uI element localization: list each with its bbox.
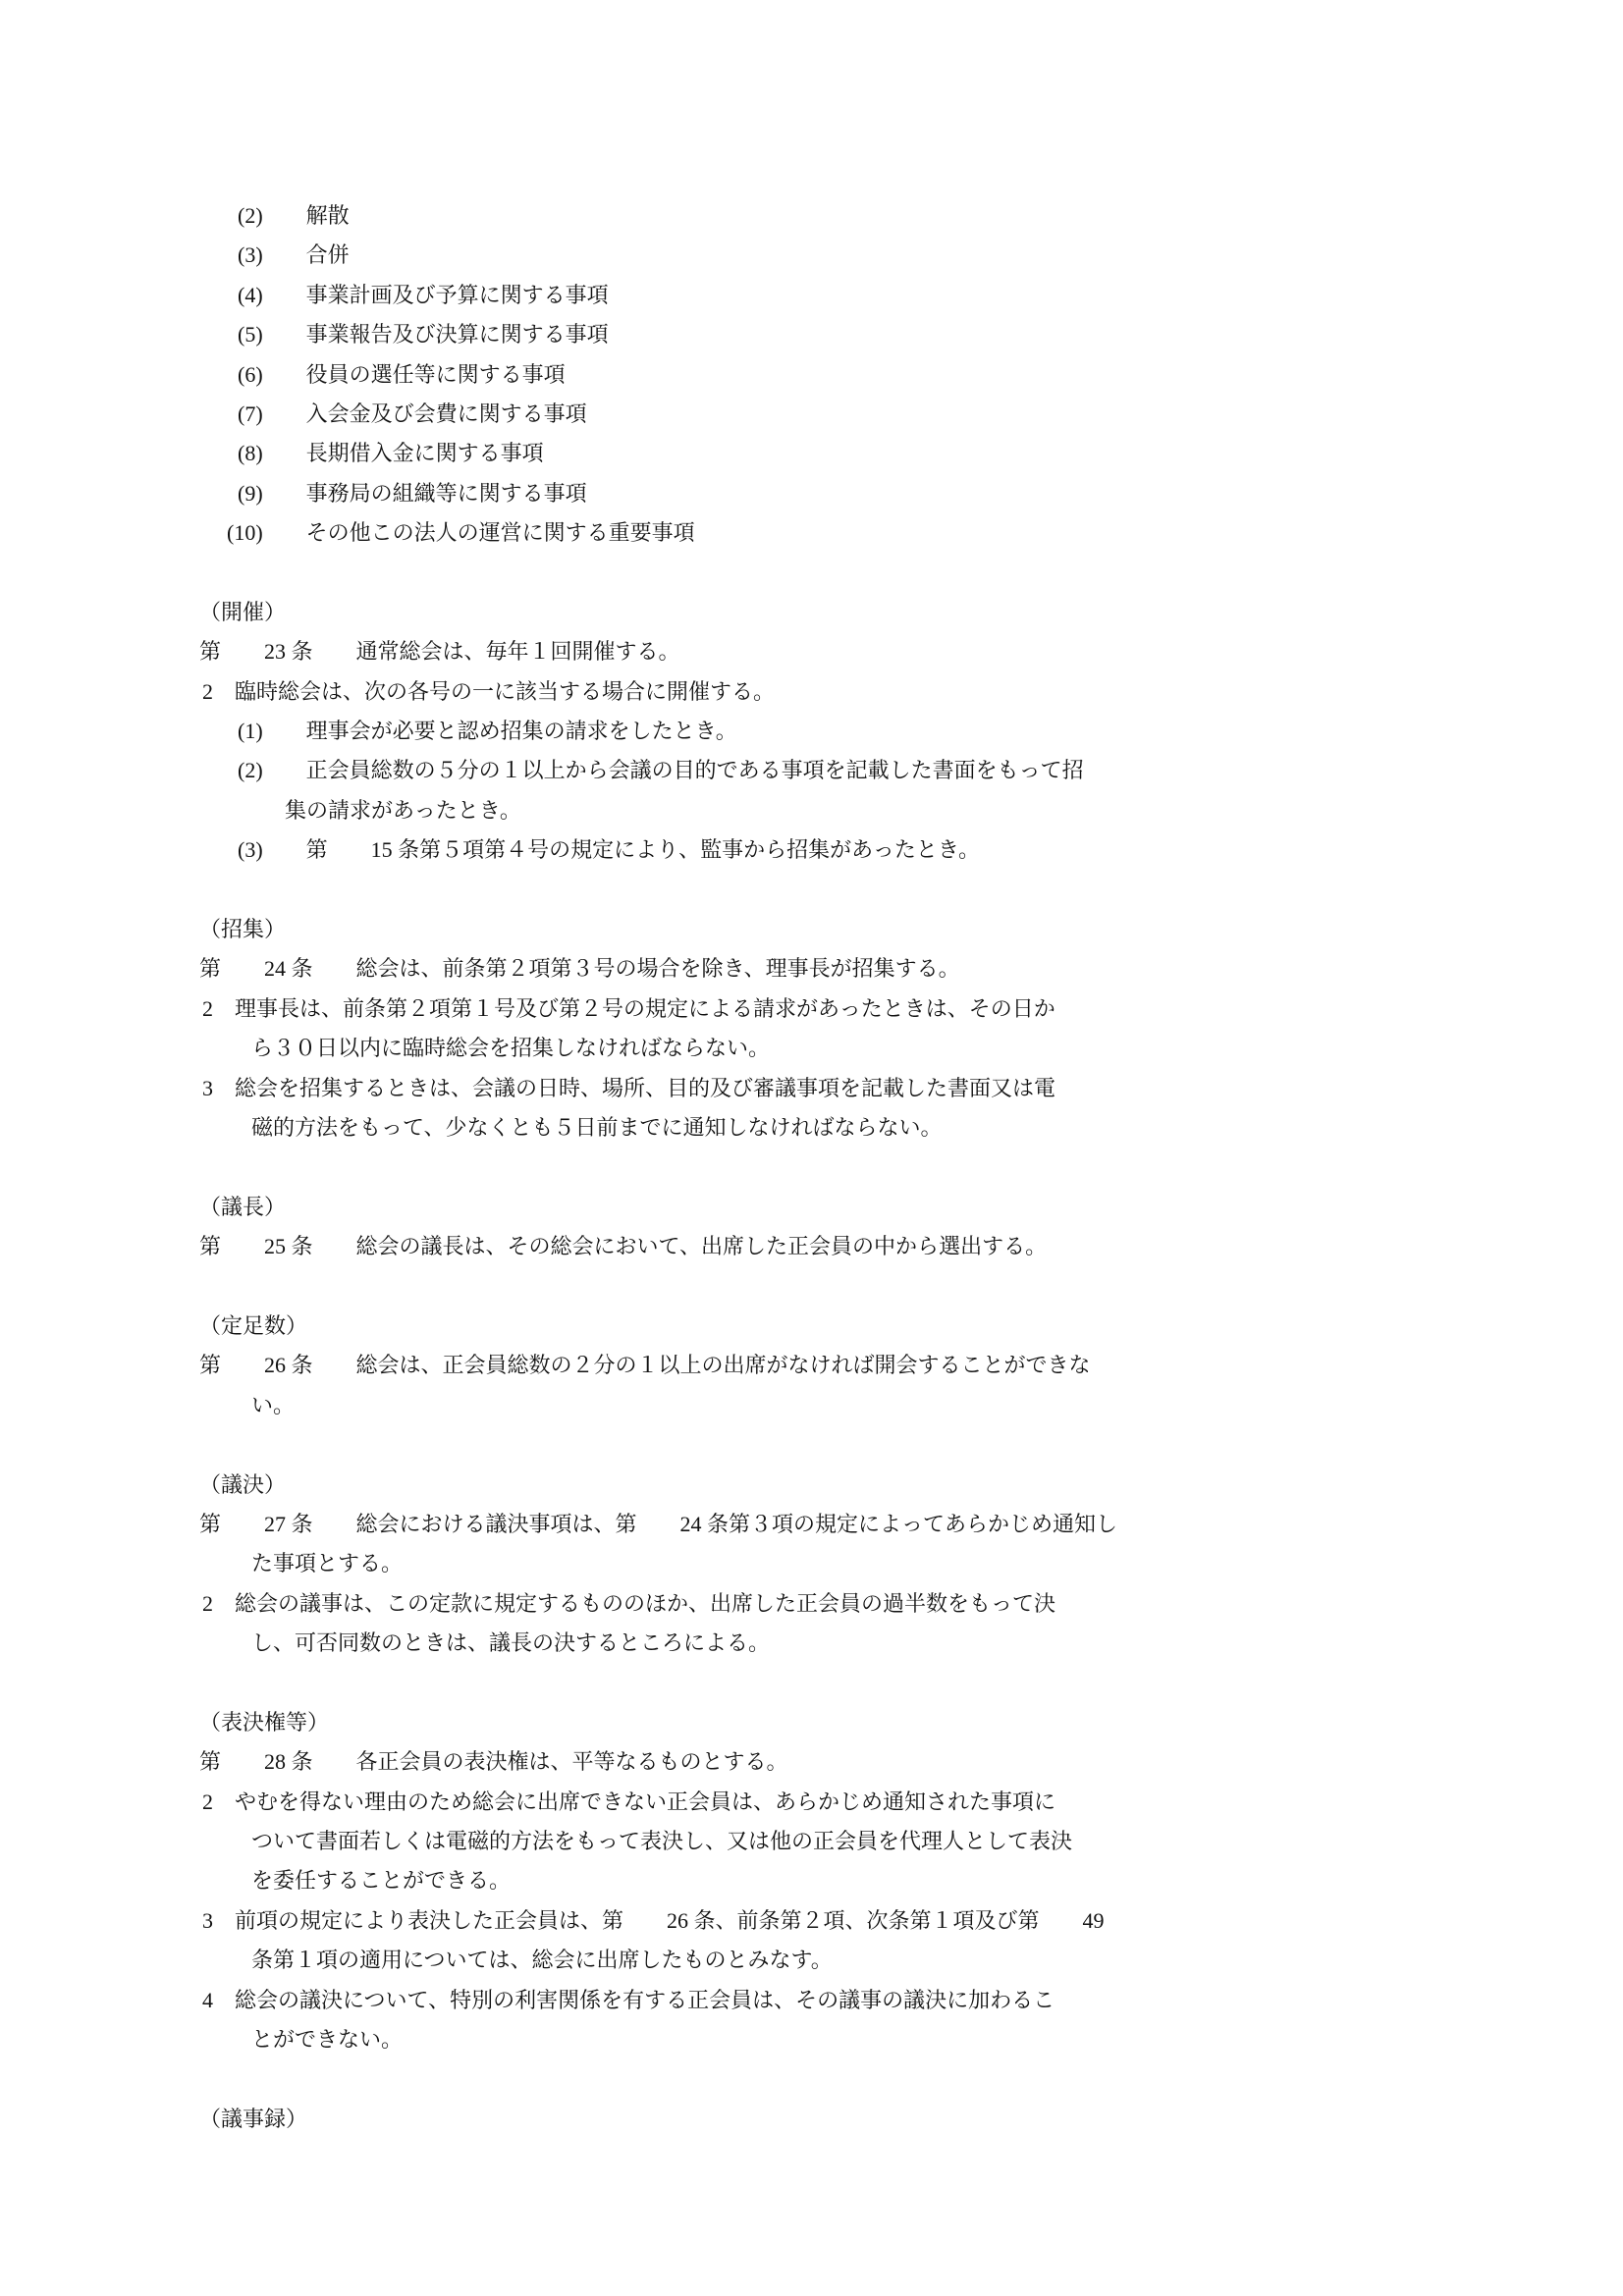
text-line: (1) 理事会が必要と認め招集の請求をしたとき。: [0, 712, 1623, 751]
text-line: (6) 役員の選任等に関する事項: [0, 355, 1623, 395]
text-line: （表決権等）: [0, 1703, 1623, 1742]
text-line: た事項とする。: [0, 1544, 1623, 1583]
text-line: 2 臨時総会は、次の各号の一に該当する場合に開催する。: [0, 672, 1623, 712]
text-line: (9) 事務局の組織等に関する事項: [0, 474, 1623, 513]
text-line: 4 総会の議決について、特別の利害関係を有する正会員は、その議事の議決に加わるこ: [0, 1981, 1623, 2020]
text-line: 第 26 条 総会は、正会員総数の２分の１以上の出席がなければ開会することができ…: [0, 1346, 1623, 1385]
text-line: (2) 正会員総数の５分の１以上から会議の目的である事項を記載した書面をもって招: [0, 751, 1623, 790]
text-line: （議長）: [0, 1188, 1623, 1227]
text-line: (8) 長期借入金に関する事項: [0, 434, 1623, 473]
text-line: (3) 第 15 条第５項第４号の規定により、監事から招集があったとき。: [0, 830, 1623, 870]
text-line: 3 総会を招集するときは、会議の日時、場所、目的及び審議事項を記載した書面又は電: [0, 1069, 1623, 1108]
document-page: (2) 解散(3) 合併(4) 事業計画及び予算に関する事項(5) 事業報告及び…: [0, 0, 1623, 2296]
blank-line: [0, 1663, 1623, 1702]
text-line: し、可否同数のときは、議長の決するところによる。: [0, 1624, 1623, 1663]
blank-line: [0, 2059, 1623, 2099]
text-line: （開催）: [0, 593, 1623, 632]
text-line: とができない。: [0, 2020, 1623, 2059]
text-line: 第 24 条 総会は、前条第２項第３号の場合を除き、理事長が招集する。: [0, 949, 1623, 988]
text-line: （議事録）: [0, 2100, 1623, 2139]
text-line: (5) 事業報告及び決算に関する事項: [0, 315, 1623, 354]
blank-line: [0, 1148, 1623, 1187]
text-line: 2 理事長は、前条第２項第１号及び第２号の規定による請求があったときは、その日か: [0, 989, 1623, 1029]
blank-line: [0, 554, 1623, 593]
text-line: 集の請求があったとき。: [0, 791, 1623, 830]
text-line: 第 25 条 総会の議長は、その総会において、出席した正会員の中から選出する。: [0, 1227, 1623, 1266]
text-line: い。: [0, 1386, 1623, 1425]
text-line: （定足数）: [0, 1307, 1623, 1346]
text-line: （議決）: [0, 1466, 1623, 1505]
text-line: 第 23 条 通常総会は、毎年１回開催する。: [0, 632, 1623, 671]
text-line: （招集）: [0, 910, 1623, 949]
text-line: 2 やむを得ない理由のため総会に出席できない正会員は、あらかじめ通知された事項に: [0, 1783, 1623, 1822]
text-line: (2) 解散: [0, 196, 1623, 236]
blank-line: [0, 1425, 1623, 1465]
document-body: (2) 解散(3) 合併(4) 事業計画及び予算に関する事項(5) 事業報告及び…: [0, 196, 1623, 2139]
text-line: 第 28 条 各正会員の表決権は、平等なるものとする。: [0, 1742, 1623, 1782]
text-line: (10) その他この法人の運営に関する重要事項: [0, 513, 1623, 553]
text-line: ついて書面若しくは電磁的方法をもって表決し、又は他の正会員を代理人として表決: [0, 1822, 1623, 1861]
text-line: 3 前項の規定により表決した正会員は、第 26 条、前条第２項、次条第１項及び第…: [0, 1901, 1623, 1941]
text-line: ら３０日以内に臨時総会を招集しなければならない。: [0, 1029, 1623, 1068]
blank-line: [0, 871, 1623, 910]
text-line: (7) 入会金及び会費に関する事項: [0, 395, 1623, 434]
text-line: 条第１項の適用については、総会に出席したものとみなす。: [0, 1941, 1623, 1980]
blank-line: [0, 1267, 1623, 1307]
text-line: 2 総会の議事は、この定款に規定するもののほか、出席した正会員の過半数をもって決: [0, 1584, 1623, 1624]
text-line: 磁的方法をもって、少なくとも５日前までに通知しなければならない。: [0, 1108, 1623, 1148]
text-line: (3) 合併: [0, 236, 1623, 275]
text-line: 第 27 条 総会における議決事項は、第 24 条第３項の規定によってあらかじめ…: [0, 1505, 1623, 1544]
text-line: を委任することができる。: [0, 1861, 1623, 1900]
text-line: (4) 事業計画及び予算に関する事項: [0, 276, 1623, 315]
